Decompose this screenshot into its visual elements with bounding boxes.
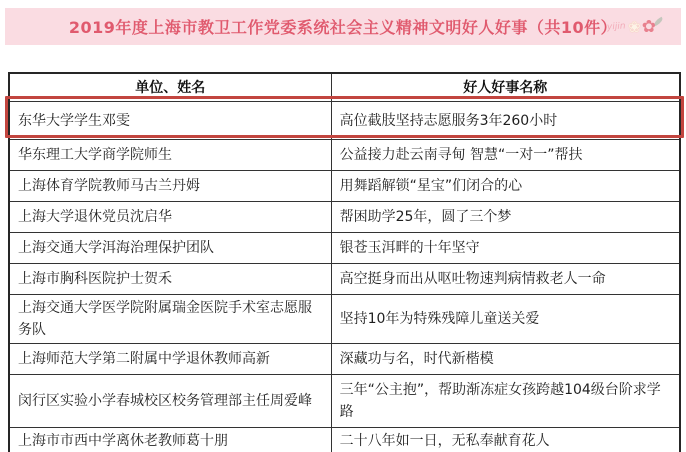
deed-cell: 用舞蹈解锁“星宝”们闭合的心 xyxy=(331,171,680,202)
unit-cell: 上海市市西中学离休老教师葛十朋 xyxy=(9,428,331,452)
deed-cell: 坚持10年为特殊残障儿童送关爱 xyxy=(331,295,680,344)
table-container: 单位、姓名 好人好事名称 东华大学学生邓雯 高位截肢坚持志愿服务3年260小时 … xyxy=(8,72,681,452)
signature-text: yijin xyxy=(606,21,625,32)
table-row: 上海师范大学第二附属中学退休教师高新 深藏功与名，时代新楷模 xyxy=(9,344,680,375)
pink-flower-icon: ✿ xyxy=(642,19,656,36)
deed-cell: 高空挺身而出从呕吐物速判病情救老人一命 xyxy=(331,264,680,295)
deed-cell: 深藏功与名，时代新楷模 xyxy=(331,344,680,375)
table-row: 上海大学退休党员沈启华 帮困助学25年，圆了三个梦 xyxy=(9,202,680,233)
deed-cell: 三年“公主抱”，帮助渐冻症女孩跨越104级台阶求学路 xyxy=(331,375,680,428)
table-header-row: 单位、姓名 好人好事名称 xyxy=(9,73,680,102)
unit-cell: 上海交通大学医学院附属瑞金医院手术室志愿服务队 xyxy=(9,295,331,344)
unit-cell: 上海体育学院教师马古兰丹姆 xyxy=(9,171,331,202)
unit-cell: 上海师范大学第二附属中学退休教师高新 xyxy=(9,344,331,375)
table-row: 华东理工大学商学院师生 公益接力赴云南寻甸 智慧“一对一”帮扶 xyxy=(9,140,680,171)
column-header-deed-name: 好人好事名称 xyxy=(331,73,680,102)
table-row: 上海市胸科医院护士贺禾 高空挺身而出从呕吐物速判病情救老人一命 xyxy=(9,264,680,295)
unit-cell: 东华大学学生邓雯 xyxy=(9,102,331,140)
table-row: 闵行区实验小学春城校区校务管理部主任周爱峰 三年“公主抱”，帮助渐冻症女孩跨越1… xyxy=(9,375,680,428)
deed-cell: 二十八年如一日，无私奉献育花人 xyxy=(331,428,680,452)
deed-cell: 银苍玉洱畔的十年坚守 xyxy=(331,233,680,264)
table-row: 上海市市西中学离休老教师葛十朋 二十八年如一日，无私奉献育花人 xyxy=(9,428,680,452)
table-row: 上海交通大学医学院附属瑞金医院手术室志愿服务队 坚持10年为特殊残障儿童送关爱 xyxy=(9,295,680,344)
table-row: 上海体育学院教师马古兰丹姆 用舞蹈解锁“星宝”们闭合的心 xyxy=(9,171,680,202)
white-flower-icon: ❀ xyxy=(628,20,641,35)
unit-cell: 华东理工大学商学院师生 xyxy=(9,140,331,171)
good-deeds-table: 单位、姓名 好人好事名称 东华大学学生邓雯 高位截肢坚持志愿服务3年260小时 … xyxy=(8,72,681,452)
column-header-unit-name: 单位、姓名 xyxy=(9,73,331,102)
deed-cell: 公益接力赴云南寻甸 智慧“一对一”帮扶 xyxy=(331,140,680,171)
table-row: 上海交通大学洱海治理保护团队 银苍玉洱畔的十年坚守 xyxy=(9,233,680,264)
unit-cell: 上海大学退休党员沈启华 xyxy=(9,202,331,233)
unit-cell: 上海交通大学洱海治理保护团队 xyxy=(9,233,331,264)
table-row-highlighted: 东华大学学生邓雯 高位截肢坚持志愿服务3年260小时 xyxy=(9,102,680,140)
unit-cell: 闵行区实验小学春城校区校务管理部主任周爱峰 xyxy=(9,375,331,428)
article-page: 2019年度上海市教卫工作党委系统社会主义精神文明好人好事（共10件） yiji… xyxy=(0,0,686,452)
flower-decoration: yijin ❀ ✿ xyxy=(607,15,667,39)
unit-cell: 上海市胸科医院护士贺禾 xyxy=(9,264,331,295)
deed-cell: 高位截肢坚持志愿服务3年260小时 xyxy=(331,102,680,140)
deed-cell: 帮困助学25年，圆了三个梦 xyxy=(331,202,680,233)
page-title: 2019年度上海市教卫工作党委系统社会主义精神文明好人好事（共10件） xyxy=(69,15,617,38)
title-banner: 2019年度上海市教卫工作党委系统社会主义精神文明好人好事（共10件） yiji… xyxy=(5,8,681,45)
